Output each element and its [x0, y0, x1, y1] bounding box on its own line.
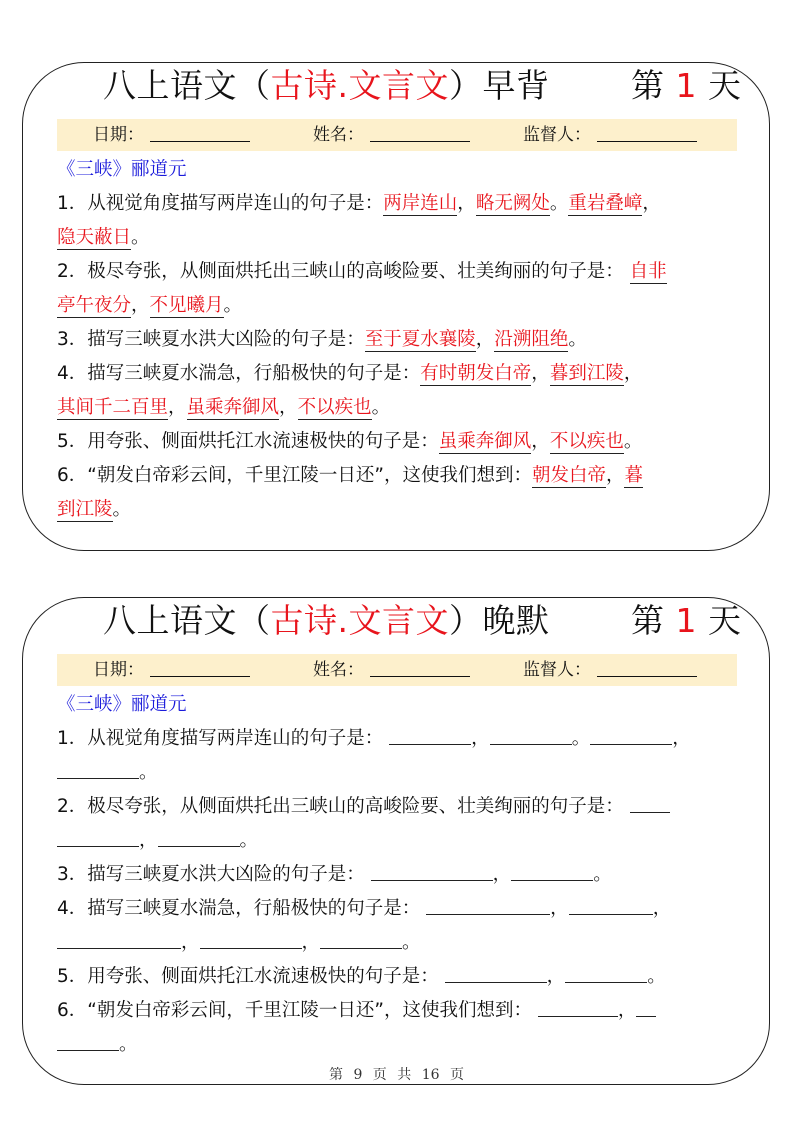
question-4: 4．描写三峡夏水湍急，行船极快的句子是：有时朝发白帝，暮到江陵， — [57, 357, 741, 391]
day-number: 1 — [676, 601, 698, 640]
punct: 。 — [372, 397, 391, 418]
answer: 朝发白帝 — [532, 465, 606, 488]
day-counter: 第 1 天 — [631, 61, 742, 111]
punct: 。 — [240, 830, 259, 851]
answer: 重岩叠嶂 — [568, 193, 642, 216]
day-suffix: 天 — [708, 66, 742, 105]
question-text: 2．极尽夸张，从侧面烘托出三峡山的高峻险要、壮美绚丽的句子是： — [57, 796, 624, 817]
punct: ， — [642, 193, 661, 214]
punct: ， — [131, 295, 150, 316]
answer: 不见曦月 — [150, 295, 224, 318]
answer: 其间千二百里 — [57, 397, 168, 420]
answer: 到江陵 — [57, 499, 113, 522]
question-2: 2．极尽夸张，从侧面烘托出三峡山的高峻险要、壮美绚丽的句子是： — [57, 790, 741, 824]
question-text: 2．极尽夸张，从侧面烘托出三峡山的高峻险要、壮美绚丽的句子是： — [57, 261, 624, 282]
name-field[interactable]: 姓名： — [313, 654, 470, 686]
punct: 。 — [131, 227, 150, 248]
question-text: 5．用夸张、侧面烘托江水流速极快的句子是： — [57, 966, 439, 987]
answer-blank[interactable] — [630, 792, 670, 813]
question-text: 4．描写三峡夏水湍急，行船极快的句子是： — [57, 363, 420, 384]
question-6: 6．“朝发白帝彩云间，千里江陵一日还”，这使我们想到： ， — [57, 994, 741, 1028]
answer: 有时朝发白帝 — [420, 363, 531, 386]
date-field[interactable]: 日期： — [93, 654, 250, 686]
punct: ， — [457, 193, 476, 214]
answer-blank[interactable] — [538, 996, 618, 1017]
answer-blank[interactable] — [57, 758, 139, 779]
day-prefix: 第 — [631, 601, 665, 640]
date-label: 日期： — [93, 660, 144, 680]
answer: 虽乘奔御风 — [439, 431, 532, 454]
title-suffix: ）晚默 — [449, 601, 550, 640]
day-number: 1 — [676, 66, 698, 105]
answer: 自非 — [630, 261, 667, 284]
day-prefix: 第 — [631, 66, 665, 105]
question-6-cont: 。 — [57, 1028, 741, 1062]
answer-blank[interactable] — [57, 1030, 119, 1051]
morning-content: 《三峡》郦道元 1．从视觉角度描写两岸连山的句子是：两岸连山，略无阙处。重岩叠嶂… — [57, 153, 741, 527]
name-blank[interactable] — [370, 121, 470, 142]
title-prefix: 八上语文（ — [103, 601, 271, 640]
question-2-cont: ，。 — [57, 824, 741, 858]
question-text: 3．描写三峡夏水洪大凶险的句子是： — [57, 864, 365, 885]
answer-blank[interactable] — [511, 860, 593, 881]
answer: 两岸连山 — [383, 193, 457, 216]
info-fields-bar: 日期： 姓名： 监督人： — [57, 119, 737, 151]
evening-card: 八上语文（古诗.文言文）晚默 第 1 天 日期： 姓名： 监督人： 《三峡》郦道… — [22, 597, 770, 1085]
question-4: 4．描写三峡夏水湍急，行船极快的句子是： ，， — [57, 892, 741, 926]
punct: 。 — [647, 966, 666, 987]
name-blank[interactable] — [370, 656, 470, 677]
punct: 。 — [224, 295, 243, 316]
supervisor-field[interactable]: 监督人： — [523, 119, 697, 151]
punct: 。 — [113, 499, 132, 520]
day-counter: 第 1 天 — [631, 596, 742, 646]
question-1: 1．从视觉角度描写两岸连山的句子是： ，。， — [57, 722, 741, 756]
question-6-cont: 到江陵。 — [57, 493, 741, 527]
supervisor-blank[interactable] — [597, 121, 697, 142]
answer-blank[interactable] — [445, 962, 547, 983]
answer: 暮 — [624, 465, 643, 488]
supervisor-blank[interactable] — [597, 656, 697, 677]
punct: ， — [547, 966, 566, 987]
question-text: 6．“朝发白帝彩云间，千里江陵一日还”，这使我们想到： — [57, 465, 532, 486]
day-suffix: 天 — [708, 601, 742, 640]
question-text: 5．用夸张、侧面烘托江水流速极快的句子是： — [57, 431, 439, 452]
answer-blank[interactable] — [636, 996, 656, 1017]
name-field[interactable]: 姓名： — [313, 119, 470, 151]
morning-title: 八上语文（古诗.文言文）早背 第 1 天 — [103, 61, 550, 111]
punct: ， — [493, 864, 512, 885]
punct: 。 — [119, 1034, 138, 1055]
punct: 。 — [624, 431, 643, 452]
question-4-cont: ，，。 — [57, 926, 741, 960]
title-prefix: 八上语文（ — [103, 66, 271, 105]
answer-blank[interactable] — [426, 894, 550, 915]
answer: 亭午夜分 — [57, 295, 131, 318]
date-blank[interactable] — [150, 656, 250, 677]
punct: ， — [606, 465, 625, 486]
punct: 。 — [550, 193, 569, 214]
page-footer: 第 9 页 共 16 页 — [0, 1064, 793, 1084]
punct: ， — [618, 1000, 637, 1021]
source-title: 《三峡》郦道元 — [57, 688, 741, 722]
question-2-cont: 亭午夜分，不见曦月。 — [57, 289, 741, 323]
punct: 。 — [402, 932, 421, 953]
punct: ， — [181, 932, 200, 953]
question-4-cont: 其间千二百里，虽乘奔御风，不以疾也。 — [57, 391, 741, 425]
question-1-cont: 隐天蔽日。 — [57, 221, 741, 255]
punct: 。 — [139, 762, 158, 783]
question-3: 3．描写三峡夏水洪大凶险的句子是： ，。 — [57, 858, 741, 892]
supervisor-field[interactable]: 监督人： — [523, 654, 697, 686]
answer-blank[interactable] — [371, 860, 493, 881]
question-6: 6．“朝发白帝彩云间，千里江陵一日还”，这使我们想到：朝发白帝，暮 — [57, 459, 741, 493]
answer-blank[interactable] — [320, 928, 402, 949]
answer: 至于夏水襄陵 — [365, 329, 476, 352]
question-2: 2．极尽夸张，从侧面烘托出三峡山的高峻险要、壮美绚丽的句子是： 自非 — [57, 255, 741, 289]
source-title: 《三峡》郦道元 — [57, 153, 741, 187]
answer: 不以疾也 — [550, 431, 624, 454]
morning-card: 八上语文（古诗.文言文）早背 第 1 天 日期： 姓名： 监督人： 《三峡》郦道… — [22, 62, 770, 551]
question-3: 3．描写三峡夏水洪大凶险的句子是：至于夏水襄陵，沿溯阻绝。 — [57, 323, 741, 357]
punct: ， — [672, 728, 691, 749]
punct: ， — [168, 397, 187, 418]
question-text: 4．描写三峡夏水湍急，行船极快的句子是： — [57, 898, 420, 919]
question-1: 1．从视觉角度描写两岸连山的句子是：两岸连山，略无阙处。重岩叠嶂， — [57, 187, 741, 221]
answer-blank[interactable] — [490, 724, 572, 745]
answer-blank[interactable] — [200, 928, 302, 949]
punct: 。 — [572, 728, 591, 749]
date-label: 日期： — [93, 125, 144, 145]
punct: ， — [624, 363, 643, 384]
punct: ， — [531, 363, 550, 384]
date-blank[interactable] — [150, 121, 250, 142]
question-text: 6．“朝发白帝彩云间，千里江陵一日还”，这使我们想到： — [57, 1000, 532, 1021]
info-fields-bar: 日期： 姓名： 监督人： — [57, 654, 737, 686]
answer-blank[interactable] — [590, 724, 672, 745]
question-text: 3．描写三峡夏水洪大凶险的句子是： — [57, 329, 365, 350]
answer-blank[interactable] — [389, 724, 471, 745]
answer-blank[interactable] — [57, 826, 139, 847]
answer-blank[interactable] — [565, 962, 647, 983]
punct: ， — [302, 932, 321, 953]
punct: ， — [550, 898, 569, 919]
punct: 。 — [568, 329, 587, 350]
answer: 隐天蔽日 — [57, 227, 131, 250]
punct: 。 — [593, 864, 612, 885]
evening-content: 《三峡》郦道元 1．从视觉角度描写两岸连山的句子是： ，。， 。 2．极尽夸张，… — [57, 688, 741, 1062]
title-suffix: ）早背 — [449, 66, 550, 105]
date-field[interactable]: 日期： — [93, 119, 250, 151]
title-highlight: 古诗.文言文 — [271, 66, 450, 105]
name-label: 姓名： — [313, 125, 364, 145]
question-text: 1．从视觉角度描写两岸连山的句子是： — [57, 193, 383, 214]
answer: 不以疾也 — [298, 397, 372, 420]
punct: ， — [531, 431, 550, 452]
answer: 沿溯阻绝 — [494, 329, 568, 352]
punct: ， — [653, 898, 672, 919]
question-5: 5．用夸张、侧面烘托江水流速极快的句子是： ，。 — [57, 960, 741, 994]
punct: ， — [476, 329, 495, 350]
title-highlight: 古诗.文言文 — [271, 601, 450, 640]
answer-blank[interactable] — [158, 826, 240, 847]
question-5: 5．用夸张、侧面烘托江水流速极快的句子是：虽乘奔御风，不以疾也。 — [57, 425, 741, 459]
supervisor-label: 监督人： — [523, 125, 591, 145]
punct: ， — [471, 728, 490, 749]
answer-blank[interactable] — [57, 928, 181, 949]
name-label: 姓名： — [313, 660, 364, 680]
supervisor-label: 监督人： — [523, 660, 591, 680]
question-1-cont: 。 — [57, 756, 741, 790]
answer-blank[interactable] — [569, 894, 653, 915]
answer: 虽乘奔御风 — [187, 397, 280, 420]
answer: 暮到江陵 — [550, 363, 624, 386]
evening-title: 八上语文（古诗.文言文）晚默 第 1 天 — [103, 596, 550, 646]
punct: ， — [139, 830, 158, 851]
punct: ， — [279, 397, 298, 418]
question-text: 1．从视觉角度描写两岸连山的句子是： — [57, 728, 383, 749]
answer: 略无阙处 — [476, 193, 550, 216]
